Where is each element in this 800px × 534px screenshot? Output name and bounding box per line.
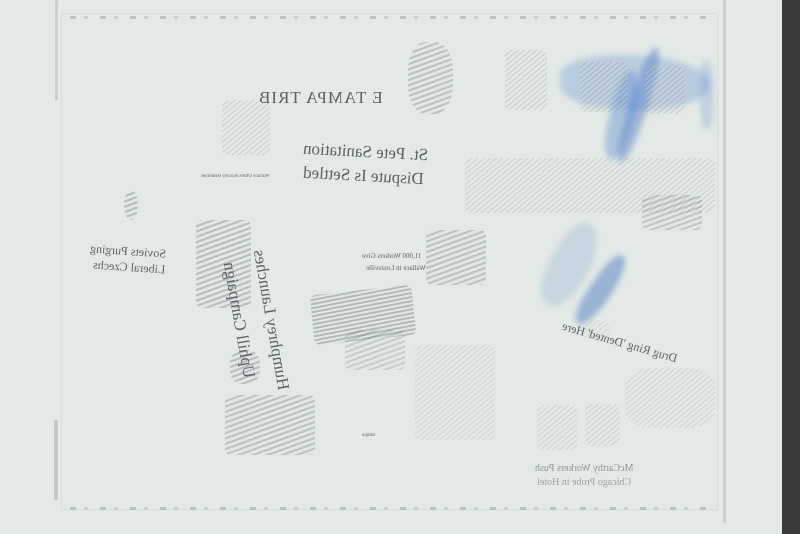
frame-edge [782, 0, 800, 534]
portrait-image [222, 100, 270, 155]
newspaper-image-page-3 [645, 66, 685, 114]
mat-bevel-right [723, 0, 726, 523]
faces-image [426, 230, 486, 285]
chimpanzee-image [408, 42, 453, 114]
shoes-image [537, 405, 577, 450]
bulb-image [124, 190, 138, 220]
scribble-block-lower-image [345, 330, 405, 370]
newspaper-image-page-2 [580, 62, 628, 112]
mat-bevel-left [55, 0, 58, 100]
figures-image [415, 345, 495, 440]
headline-workers-line1: 11,000 Workers Give [362, 252, 422, 260]
couple-image [225, 395, 315, 455]
newspaper-image-page-1 [505, 50, 547, 110]
headline-mccarthy-line2: Chicago Probe in Hotel [537, 477, 631, 488]
small-scene-image [642, 195, 702, 230]
mat-bevel-left-lower [54, 420, 58, 500]
masthead-text: E TAMPA TRIB [258, 88, 383, 108]
small-caption: Tampa [362, 433, 376, 438]
deckle-edge-top [70, 16, 710, 19]
portrait-caption: Wallace Offers Anxiety Headlines [201, 174, 269, 179]
headline-mccarthy-line1: McCarthy Workers Push [535, 463, 633, 474]
pattern-tile-image [585, 404, 620, 446]
deckle-edge-bottom [70, 507, 710, 510]
headline-workers-line2: Wallace in Louisville [366, 264, 426, 272]
chalice-image [625, 368, 715, 428]
